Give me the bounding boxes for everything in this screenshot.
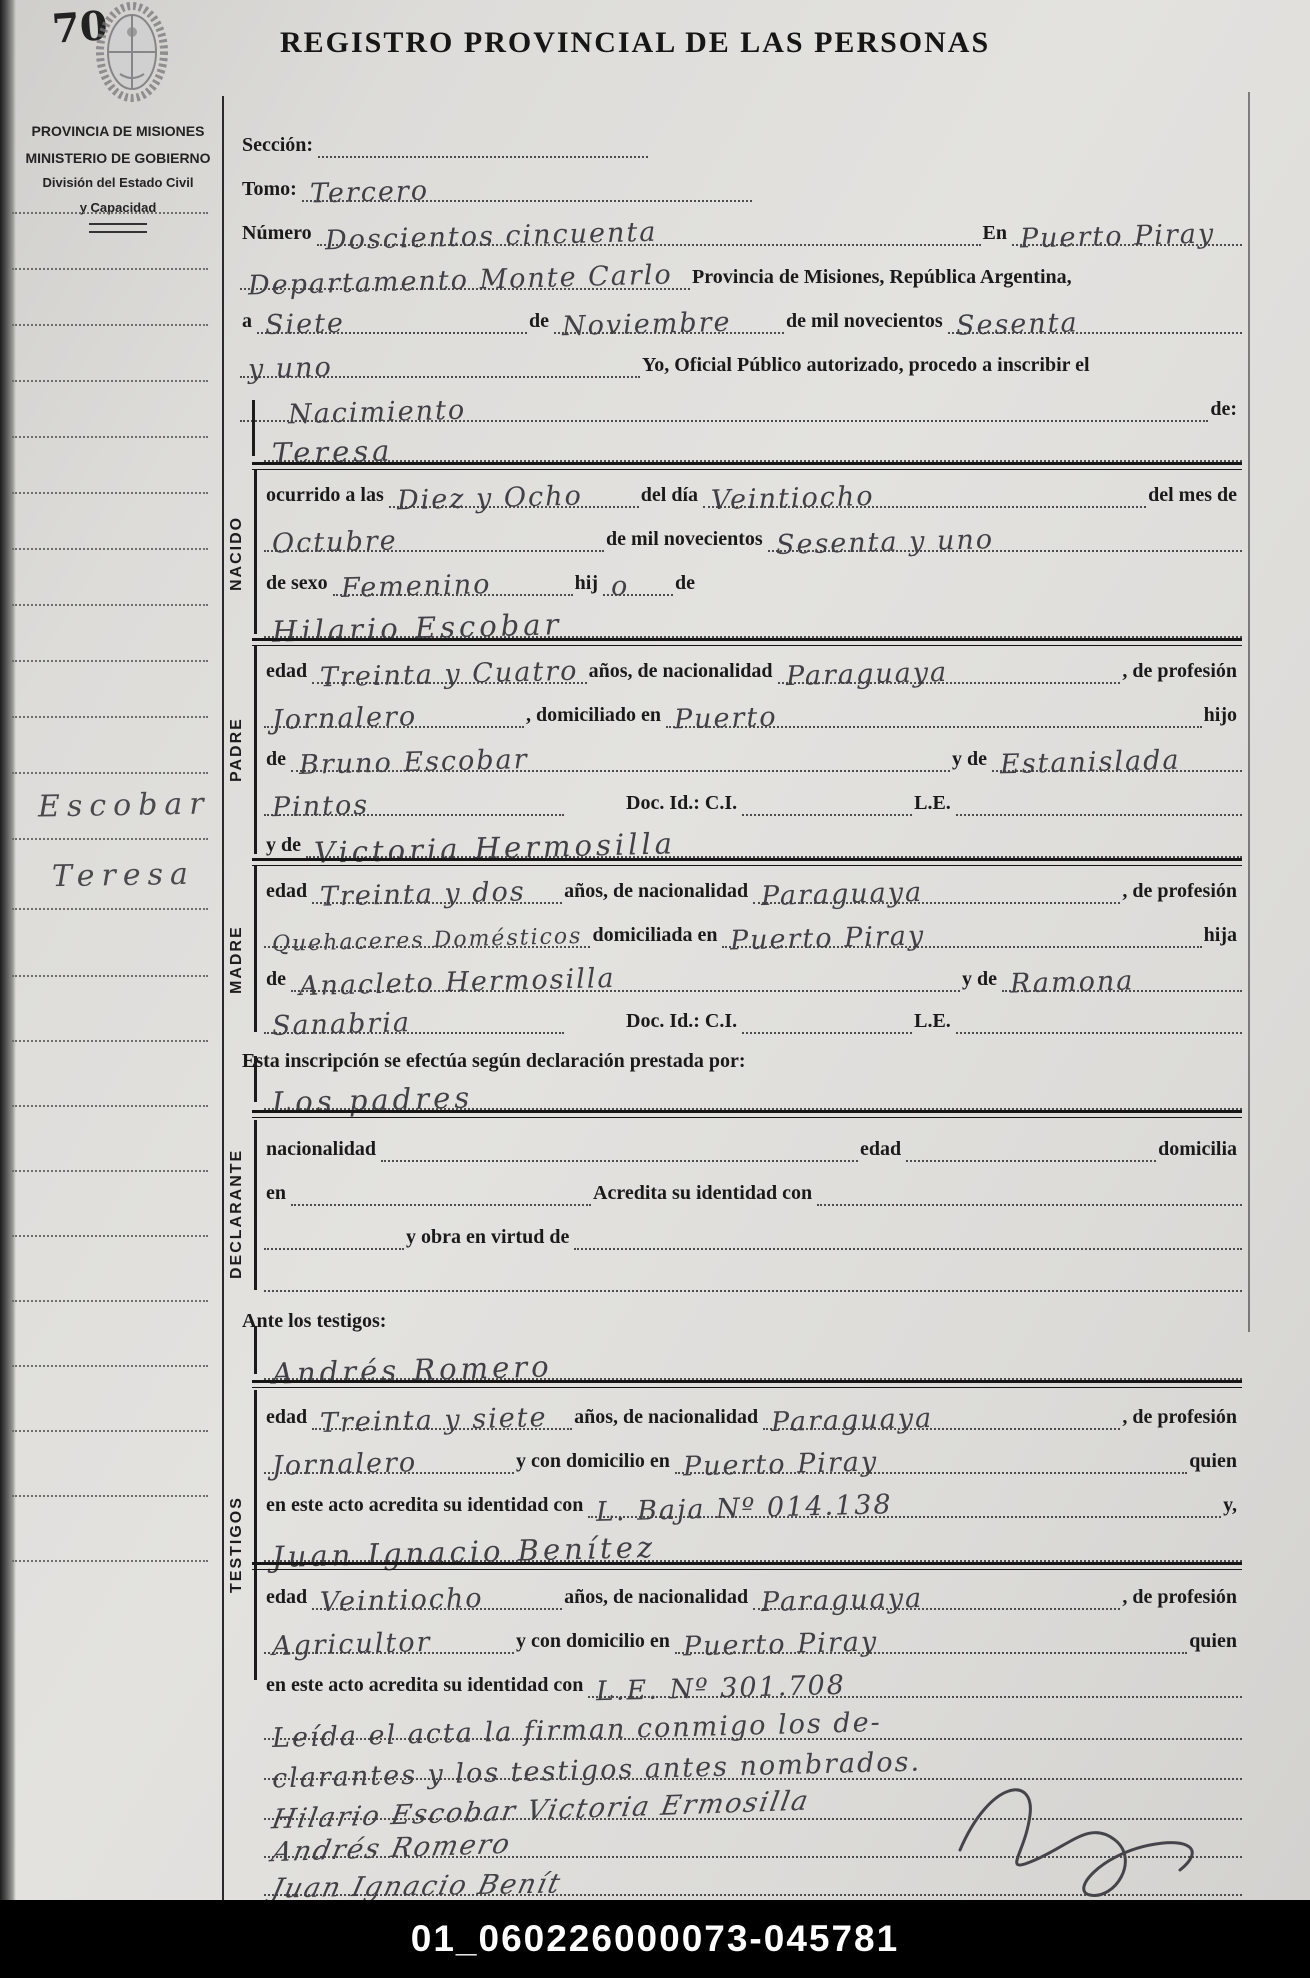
margin-rule xyxy=(12,908,208,910)
testigo2-profesion-value: Agricultor xyxy=(272,1631,432,1659)
anio-nac-field: Sesenta y uno xyxy=(768,518,1242,552)
padre-edad-label: edad xyxy=(264,660,312,684)
margin-rule xyxy=(12,436,208,438)
testigos-intro: Ante los testigos: xyxy=(240,1310,391,1334)
testigo1-edad-label: edad xyxy=(264,1406,312,1430)
madre-nombre-row: y de Victoria Hermosilla xyxy=(264,824,1242,858)
madre-nacionalidad-value: Paraguaya xyxy=(761,881,924,910)
form-left-divider xyxy=(222,96,224,1902)
numero-row: Número Doscientos cincuenta En Puerto Pi… xyxy=(240,212,1242,246)
nacido-section-label: NACIDO xyxy=(228,472,246,634)
testigo1-bracket-line xyxy=(254,1326,257,1374)
madre-section-label: MADRE xyxy=(228,870,246,1050)
section-rule xyxy=(252,1110,1242,1118)
padre-domicilio-field: Puerto xyxy=(666,694,1202,728)
testigo1-doc-field: L. Baja Nº 014.138 xyxy=(588,1484,1221,1518)
madre-de-label: de xyxy=(264,968,291,992)
madre-le-field xyxy=(956,1000,1242,1034)
section-rule xyxy=(252,1562,1242,1570)
nacido-hora-row: ocurrido a las Diez y Ocho del día Veint… xyxy=(264,474,1242,508)
section-rule xyxy=(252,462,1242,470)
madre-yde-label: y de xyxy=(264,834,306,858)
testigo1-edad-value: Treinta y siete xyxy=(320,1406,548,1436)
madre-nacionalidad-label: años, de nacionalidad xyxy=(562,880,753,904)
province-line: PROVINCIA DE MISIONES xyxy=(22,118,214,145)
mes-value: Noviembre xyxy=(562,310,732,339)
testigo1-profesion-row: Jornalero y con domicilio en Puerto Pira… xyxy=(264,1440,1242,1474)
madre-profesion-field: Quehaceres Domésticos xyxy=(264,914,590,948)
testigos-section-label: TESTIGOS xyxy=(228,1420,246,1670)
padre-nombre-field: Hilario Escobar xyxy=(264,604,1242,638)
padre-nacionalidad-label: años, de nacionalidad xyxy=(587,660,778,684)
padre-edad-field: Treinta y Cuatro xyxy=(312,650,586,684)
madre-edad-field: Treinta y dos xyxy=(312,870,562,904)
declaracion-intro-row: Esta inscripción se efectúa según declar… xyxy=(240,1040,1242,1074)
declarante-blank-field xyxy=(264,1216,404,1250)
scan-footer-bar: 01_060226000073-045781 xyxy=(0,1900,1310,1978)
ministry-line: MINISTERIO DE GOBIERNO xyxy=(22,145,214,172)
declaracion-valor-row: Los padres xyxy=(264,1076,1242,1110)
testigo2-domicilio-value: Puerto Piray xyxy=(683,1630,879,1659)
testigo2-doc-field: L.E. Nº 301.708 xyxy=(588,1664,1242,1698)
issuing-office-block: PROVINCIA DE MISIONES MINISTERIO DE GOBI… xyxy=(22,118,214,233)
padre-abuela-field: Estanislada xyxy=(992,738,1242,772)
tomo-value: Tercero xyxy=(310,179,430,206)
testigo2-nacionalidad-field: Paraguaya xyxy=(753,1576,1120,1610)
testigo1-edad-field: Treinta y siete xyxy=(312,1396,572,1430)
testigo1-nacionalidad-value: Paraguaya xyxy=(771,1407,934,1436)
de-mil-nac-label: de mil novecientos xyxy=(604,528,768,552)
margin-rule xyxy=(12,1495,208,1497)
declarante-row1: nacionalidad edad domicilia xyxy=(264,1128,1242,1162)
declarante-extra-field xyxy=(264,1258,1242,1292)
hij-value: o xyxy=(611,574,630,599)
declarante-obra-label: y obra en virtud de xyxy=(404,1226,574,1250)
testigo1-profesion-label: , de profesión xyxy=(1120,1406,1242,1430)
margin-rule xyxy=(12,1430,208,1432)
nacido-bracket-line xyxy=(254,470,257,634)
padre-profesion-value: Jornalero xyxy=(272,705,418,733)
declarante-bracket-line xyxy=(254,1120,257,1290)
seccion-label: Sección: xyxy=(240,134,318,158)
declarante-acredita-field xyxy=(817,1172,1242,1206)
mes-field: Noviembre xyxy=(554,300,784,334)
madre-edad-label: edad xyxy=(264,880,312,904)
declaracion-intro: Esta inscripción se efectúa según declar… xyxy=(240,1050,751,1074)
madre-yde2-label: y de xyxy=(960,968,1002,992)
declarante-domicilia-label: domicilia xyxy=(1156,1138,1242,1162)
section-rule xyxy=(252,638,1242,646)
margin-rule xyxy=(12,268,208,270)
margin-rule xyxy=(12,324,208,326)
padre-ci-field xyxy=(742,782,912,816)
padre-doc-row: Pintos Doc. Id.: C.I. L.E. xyxy=(264,782,1242,816)
tomo-row: Tomo: Tercero xyxy=(240,168,1242,202)
padre-section-label: PADRE xyxy=(228,650,246,850)
margin-rule xyxy=(12,1170,208,1172)
padre-de-label: de xyxy=(264,748,291,772)
anio2-value: y uno xyxy=(248,356,333,383)
madre-abuela-value: Ramona xyxy=(1010,969,1135,997)
madre-edad-value: Treinta y dos xyxy=(320,880,526,910)
cierre-linea1-field: Leída el acta la firman conmigo los de- xyxy=(264,1706,1242,1740)
testigo1-nacionalidad-field: Paraguaya xyxy=(763,1396,1120,1430)
margin-rule xyxy=(12,548,208,550)
testigo2-edad-label: edad xyxy=(264,1586,312,1610)
de-sexo-label: de sexo xyxy=(264,572,333,596)
declarante-row2: en Acredita su identidad con xyxy=(264,1172,1242,1206)
margin-rule xyxy=(12,212,208,214)
declarante-row4 xyxy=(264,1258,1242,1292)
cierre-linea1-row: Leída el acta la firman conmigo los de- xyxy=(264,1706,1242,1740)
hora-value: Diez y Ocho xyxy=(396,484,582,513)
padre-nombre-row: Hilario Escobar xyxy=(264,604,1242,638)
madre-docid-label: Doc. Id.: C.I. xyxy=(624,1010,742,1034)
provincia-label: Provincia de Misiones, República Argenti… xyxy=(690,266,1077,290)
testigo1-nacionalidad-label: años, de nacionalidad xyxy=(572,1406,763,1430)
anio-nac-value: Sesenta y uno xyxy=(775,528,994,558)
padre-yde-label: y de xyxy=(950,748,992,772)
testigos-intro-row: Ante los testigos: xyxy=(240,1300,1242,1334)
testigo2-acredita-label: en este acto acredita su identidad con xyxy=(264,1674,588,1698)
seccion-blank-field xyxy=(318,124,648,158)
declarante-section-label: DECLARANTE xyxy=(228,1124,246,1304)
declarante-en-field xyxy=(291,1172,591,1206)
testigo2-profesion-row: Agricultor y con domicilio en Puerto Pir… xyxy=(264,1620,1242,1654)
firma-testigo1-signature: Andrés Romero xyxy=(269,1832,513,1865)
margin-rule xyxy=(12,660,208,662)
testigo2-nacionalidad-label: años, de nacionalidad xyxy=(562,1586,753,1610)
oficial-label: Yo, Oficial Público autorizado, procedo … xyxy=(640,354,1095,378)
declaracion-field: Los padres xyxy=(264,1076,1242,1110)
padre-docid-label: Doc. Id.: C.I. xyxy=(624,792,742,816)
declarante-nacionalidad-label: nacionalidad xyxy=(264,1138,381,1162)
padre-abuelo-field: Bruno Escobar xyxy=(291,738,950,772)
firma-testigo2-signature: Juan Ignacio Benít xyxy=(269,1872,564,1901)
padre-le-field xyxy=(956,782,1242,816)
margin-rule xyxy=(12,838,208,840)
madre-abuelo-row: de Anacleto Hermosilla y de Ramona xyxy=(264,958,1242,992)
testigo2-nacionalidad-value: Paraguaya xyxy=(761,1587,924,1616)
madre-domicilio-value: Puerto Piray xyxy=(730,924,926,953)
declarante-obra-field xyxy=(574,1216,1242,1250)
margin-rule xyxy=(12,1040,208,1042)
padre-abuela-value: Estanislada xyxy=(1000,748,1181,777)
a-label: a xyxy=(240,310,257,334)
division-line: División del Estado Civil xyxy=(22,171,214,196)
capacity-line: y Capacidad xyxy=(22,196,214,221)
testigo1-quien-label: quien xyxy=(1187,1450,1242,1474)
hij-field: o xyxy=(603,562,673,596)
margin-rule xyxy=(12,492,208,494)
de-hijo-label: de xyxy=(673,572,700,596)
margin-rule xyxy=(12,380,208,382)
del-mes-label: del mes de xyxy=(1146,484,1242,508)
seccion-row: Sección: xyxy=(240,124,1242,158)
lugar-field: Puerto Piray xyxy=(1012,212,1242,246)
departamento-field: Departamento Monte Carlo xyxy=(240,256,690,290)
declaracion-bracket-line xyxy=(254,1056,257,1102)
testigo2-nombre-field: Juan Ignacio Benítez xyxy=(264,1528,1242,1562)
hij-label: hij xyxy=(573,572,603,596)
testigo1-profesion-field: Jornalero xyxy=(264,1440,514,1474)
mes-nac-value: Octubre xyxy=(272,529,398,557)
madre-profesion-row: Quehaceres Domésticos domiciliada en Pue… xyxy=(264,914,1242,948)
acto-row: Nacimiento de: xyxy=(240,388,1242,422)
testigo2-profesion-label: , de profesión xyxy=(1120,1586,1242,1610)
declarante-nacionalidad-field xyxy=(381,1128,858,1162)
madre-edad-row: edad Treinta y dos años, de nacionalidad… xyxy=(264,870,1242,904)
madre-le-label: L.E. xyxy=(912,1010,956,1034)
margin-rule xyxy=(12,1365,208,1367)
madre-nacionalidad-field: Paraguaya xyxy=(753,870,1120,904)
madre-abuelo-value: Anacleto Hermosilla xyxy=(299,967,616,1000)
testigo1-nombre-field: Andrés Romero xyxy=(264,1346,1242,1380)
sidebar-underline-mark xyxy=(89,223,147,233)
padre-abuelo-row: de Bruno Escobar y de Estanislada xyxy=(264,738,1242,772)
testigo1-nombre-row: Andrés Romero xyxy=(264,1346,1242,1380)
padre-abuelo-value: Bruno Escobar xyxy=(299,748,529,778)
testigo1-domicilio-field: Puerto Piray xyxy=(675,1440,1187,1474)
madre-abuela2-field: Sanabria xyxy=(264,1000,564,1034)
dia-value: Siete xyxy=(265,312,346,338)
testigo2-doc-row: en este acto acredita su identidad con L… xyxy=(264,1664,1242,1698)
sexo-value: Femenino xyxy=(340,573,491,601)
ocurrido-label: ocurrido a las xyxy=(264,484,389,508)
margin-rule xyxy=(12,1560,208,1562)
testigo2-edad-value: Veintiocho xyxy=(320,1587,484,1616)
declarante-edad-field xyxy=(906,1128,1156,1162)
margin-surname: Escobar xyxy=(38,786,211,824)
cierre-linea1: Leída el acta la firman conmigo los de- xyxy=(272,1711,882,1751)
madre-profesion-label: , de profesión xyxy=(1120,880,1242,904)
official-signature-flourish xyxy=(940,1760,1230,1910)
nacido-sexo-row: de sexo Femenino hij o de xyxy=(264,562,1242,596)
dia-nac-value: Veintiocho xyxy=(711,485,875,514)
padre-profesion-row: Jornalero , domiciliado en Puerto hijo xyxy=(264,694,1242,728)
padre-domicilio-value: Puerto xyxy=(674,705,778,732)
madre-ci-field xyxy=(742,1000,912,1034)
archive-code: 01_060226000073-045781 xyxy=(411,1918,899,1960)
padre-abuela2-field: Pintos xyxy=(264,782,564,816)
de-mil-label: de mil novecientos xyxy=(784,310,948,334)
testigo2-nombre-row: Juan Ignacio Benítez xyxy=(264,1528,1242,1562)
testigo2-edad-row: edad Veintiocho años, de nacionalidad Pa… xyxy=(264,1576,1242,1610)
de-label: de xyxy=(527,310,554,334)
anio-value: Sesenta xyxy=(955,311,1078,338)
madre-bracket-line xyxy=(254,866,257,1032)
testigo1-acredita-label: en este acto acredita su identidad con xyxy=(264,1494,588,1518)
padre-domiciliado-label: , domiciliado en xyxy=(524,704,666,728)
madre-profesion-value: Quehaceres Domésticos xyxy=(272,927,583,955)
margin-rule xyxy=(12,604,208,606)
testigo2-domicilio-label: y con domicilio en xyxy=(514,1630,675,1654)
madre-domiciliada-label: domiciliada en xyxy=(590,924,722,948)
padre-nacionalidad-value: Paraguaya xyxy=(785,661,948,690)
declarante-acredita-label: Acredita su identidad con xyxy=(591,1182,817,1206)
margin-rule xyxy=(12,772,208,774)
dia-nac-field: Veintiocho xyxy=(703,474,1146,508)
dia-field: Siete xyxy=(257,300,527,334)
padre-abuela2-value: Pintos xyxy=(272,793,370,820)
margin-rule xyxy=(12,716,208,718)
declarante-en-label: en xyxy=(264,1182,291,1206)
sexo-field: Femenino xyxy=(333,562,573,596)
margin-givenname: Teresa xyxy=(52,857,195,894)
nacido-mes-row: Octubre de mil novecientos Sesenta y uno xyxy=(264,518,1242,552)
anio-field: Sesenta xyxy=(948,300,1242,334)
departamento-value: Departamento Monte Carlo xyxy=(248,263,673,298)
testigo1-edad-row: edad Treinta y siete años, de nacionalid… xyxy=(264,1396,1242,1430)
madre-nombre-field: Victoria Hermosilla xyxy=(306,824,1242,858)
testigo2-domicilio-field: Puerto Piray xyxy=(675,1620,1187,1654)
de-colon-label: de: xyxy=(1208,398,1242,422)
padre-profesion-label: , de profesión xyxy=(1120,660,1242,684)
margin-rule xyxy=(12,1300,208,1302)
padre-edad-value: Treinta y Cuatro xyxy=(320,659,579,690)
acto-field: Nacimiento xyxy=(240,388,1208,422)
section-rule xyxy=(252,858,1242,866)
document-title: REGISTRO PROVINCIAL DE LAS PERSONAS xyxy=(280,26,960,60)
inscripto-field: Teresa xyxy=(264,428,1242,462)
tomo-field: Tercero xyxy=(302,168,752,202)
fecha-row: a Siete de Noviembre de mil novecientos … xyxy=(240,300,1242,334)
testigos-bracket-line xyxy=(254,1390,257,1680)
testigo1-doc-row: en este acto acredita su identidad con L… xyxy=(264,1484,1242,1518)
testigo1-domicilio-label: y con domicilio en xyxy=(514,1450,675,1474)
form-right-border xyxy=(1248,92,1250,1332)
testigo1-profesion-value: Jornalero xyxy=(272,1451,418,1479)
scanned-birth-certificate: 70 REGISTRO PROVINCIAL DE LAS PERSONAS P… xyxy=(0,0,1310,1978)
name-bracket-line xyxy=(252,400,255,456)
testigo1-ycoma-label: y, xyxy=(1221,1494,1242,1518)
testigo2-profesion-field: Agricultor xyxy=(264,1620,514,1654)
anio2-row: y uno Yo, Oficial Público autorizado, pr… xyxy=(240,344,1242,378)
lugar-value: Puerto Piray xyxy=(1020,222,1216,251)
tomo-label: Tomo: xyxy=(240,178,302,202)
testigo2-quien-label: quien xyxy=(1187,1630,1242,1654)
numero-value: Doscientos cincuenta xyxy=(324,220,657,253)
testigo1-domicilio-value: Puerto Piray xyxy=(683,1450,879,1479)
padre-edad-row: edad Treinta y Cuatro años, de nacionali… xyxy=(264,650,1242,684)
section-rule xyxy=(252,1380,1242,1388)
madre-hija-label: hija xyxy=(1202,924,1242,948)
padre-hijo-label: hijo xyxy=(1202,704,1242,728)
madre-doc-row: Sanabria Doc. Id.: C.I. L.E. xyxy=(264,1000,1242,1034)
padre-nacionalidad-field: Paraguaya xyxy=(778,650,1121,684)
coat-of-arms-icon xyxy=(92,2,172,104)
mes-nac-field: Octubre xyxy=(264,518,604,552)
margin-rule xyxy=(12,1105,208,1107)
declarante-edad-label: edad xyxy=(858,1138,906,1162)
numero-label: Número xyxy=(240,222,317,246)
margin-rule xyxy=(12,1235,208,1237)
padre-profesion-field: Jornalero xyxy=(264,694,524,728)
madre-abuela2-value: Sanabria xyxy=(272,1011,412,1039)
testigo1-doc-value: L. Baja Nº 014.138 xyxy=(596,1493,893,1525)
margin-rule xyxy=(12,975,208,977)
madre-domicilio-field: Puerto Piray xyxy=(722,914,1201,948)
scan-edge-shadow xyxy=(0,0,16,1978)
madre-abuela-field: Ramona xyxy=(1002,958,1242,992)
numero-field: Doscientos cincuenta xyxy=(317,212,981,246)
padre-bracket-line xyxy=(254,646,257,854)
madre-abuelo-field: Anacleto Hermosilla xyxy=(291,958,960,992)
testigo2-doc-value: L.E. Nº 301.708 xyxy=(596,1673,847,1704)
testigo2-edad-field: Veintiocho xyxy=(312,1576,562,1610)
declarante-row3: y obra en virtud de xyxy=(264,1216,1242,1250)
en-label: En xyxy=(981,222,1012,246)
del-dia-label: del día xyxy=(639,484,703,508)
anio2-field: y uno xyxy=(240,344,640,378)
inscripto-row: Teresa xyxy=(264,428,1242,462)
hora-field: Diez y Ocho xyxy=(389,474,639,508)
acto-value: Nacimiento xyxy=(288,398,467,427)
departamento-row: Departamento Monte Carlo Provincia de Mi… xyxy=(240,256,1242,290)
padre-le-label: L.E. xyxy=(912,792,956,816)
